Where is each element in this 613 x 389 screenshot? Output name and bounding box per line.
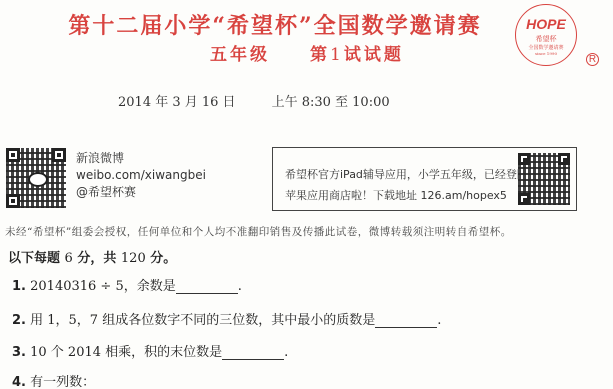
weibo-logo-icon <box>28 172 48 187</box>
total-points: 120 <box>121 251 146 266</box>
round-suffix: 试试题 <box>344 45 404 65</box>
promo-line-1: 希望杯官方iPad辅导应用，小学五年级，已经登陆 <box>285 164 528 185</box>
app-qr-code <box>518 153 570 205</box>
exam-time: 上午 8:30 至 10:00 <box>272 95 390 110</box>
question-text: 20140316 ÷ 5，余数是 <box>30 279 176 294</box>
question-2: 2. 用 1，5，7 组成各位数字不同的三位数，其中最小的质数是. <box>12 309 441 328</box>
copyright-notice: 未经“希望杯”组委会授权，任何单位和个人均不准翻印销售及传播此试卷，微博转载须注… <box>5 224 512 239</box>
weibo-label: 新浪微博 <box>76 150 206 167</box>
question-text: 用 1，5，7 组成各位数字不同的三位数，其中最小的质数是 <box>30 313 375 328</box>
exam-datetime: 2014 年 3 月 16 日上午 8:30 至 10:00 <box>118 91 390 110</box>
points-per-question: 6 <box>65 251 73 266</box>
round-number: 1 <box>330 45 344 65</box>
question-text: 10 个 2014 相乘，积的末位数是 <box>30 345 222 360</box>
exam-title: 第十二届小学“希望杯”全国数学邀请赛 <box>40 9 510 40</box>
scoring-instructions: 以下每题 6 分，共 120 分。 <box>8 247 176 266</box>
intro-suffix: 分。 <box>150 251 176 266</box>
grade-label: 五年级 <box>210 45 270 65</box>
question-1: 1. 20140316 ÷ 5，余数是. <box>12 275 242 294</box>
logo-cn-sub: 全国数学邀请赛 <box>516 44 576 51</box>
weibo-info: 新浪微博 weibo.com/xiwangbei @希望杯赛 <box>76 150 206 201</box>
weibo-handle: @希望杯赛 <box>76 184 206 201</box>
question-4: 4. 有一列数： <box>12 371 95 389</box>
promo-line-2: 苹果应用商店啦！下载地址 126.am/hopex5 <box>285 185 528 206</box>
question-3: 3. 10 个 2014 相乘，积的末位数是. <box>12 341 288 360</box>
question-number: 2. <box>12 313 26 328</box>
logo-since: since 1990 <box>516 51 576 56</box>
hope-cup-logo: HOPE 希望杯 全国数学邀请赛 since 1990 <box>515 4 577 66</box>
round-prefix: 第 <box>310 45 330 65</box>
registered-mark-icon: R <box>586 53 599 66</box>
exam-date: 2014 年 3 月 16 日 <box>118 95 236 110</box>
question-number: 3. <box>12 345 26 360</box>
question-number: 1. <box>12 279 26 294</box>
question-end: . <box>284 345 288 360</box>
promo-text: 希望杯官方iPad辅导应用，小学五年级，已经登陆 苹果应用商店啦！下载地址 12… <box>285 164 528 206</box>
question-end: . <box>238 279 242 294</box>
weibo-url: weibo.com/xiwangbei <box>76 167 206 184</box>
answer-blank[interactable] <box>176 280 238 294</box>
weibo-qr-code <box>6 148 66 208</box>
logo-cn-name: 希望杯 <box>516 34 576 44</box>
exam-subtitle: 五年级第1试试题 <box>210 40 404 65</box>
intro-mid: 分，共 <box>77 251 116 266</box>
question-end: . <box>437 313 441 328</box>
question-number: 4. <box>12 375 26 389</box>
intro-prefix: 以下每题 <box>8 251 60 266</box>
answer-blank[interactable] <box>222 346 284 360</box>
question-text: 有一列数： <box>30 375 95 389</box>
logo-brand: HOPE <box>516 16 576 32</box>
answer-blank[interactable] <box>375 314 437 328</box>
ipad-app-promo-box: 希望杯官方iPad辅导应用，小学五年级，已经登陆 苹果应用商店啦！下载地址 12… <box>272 147 577 211</box>
